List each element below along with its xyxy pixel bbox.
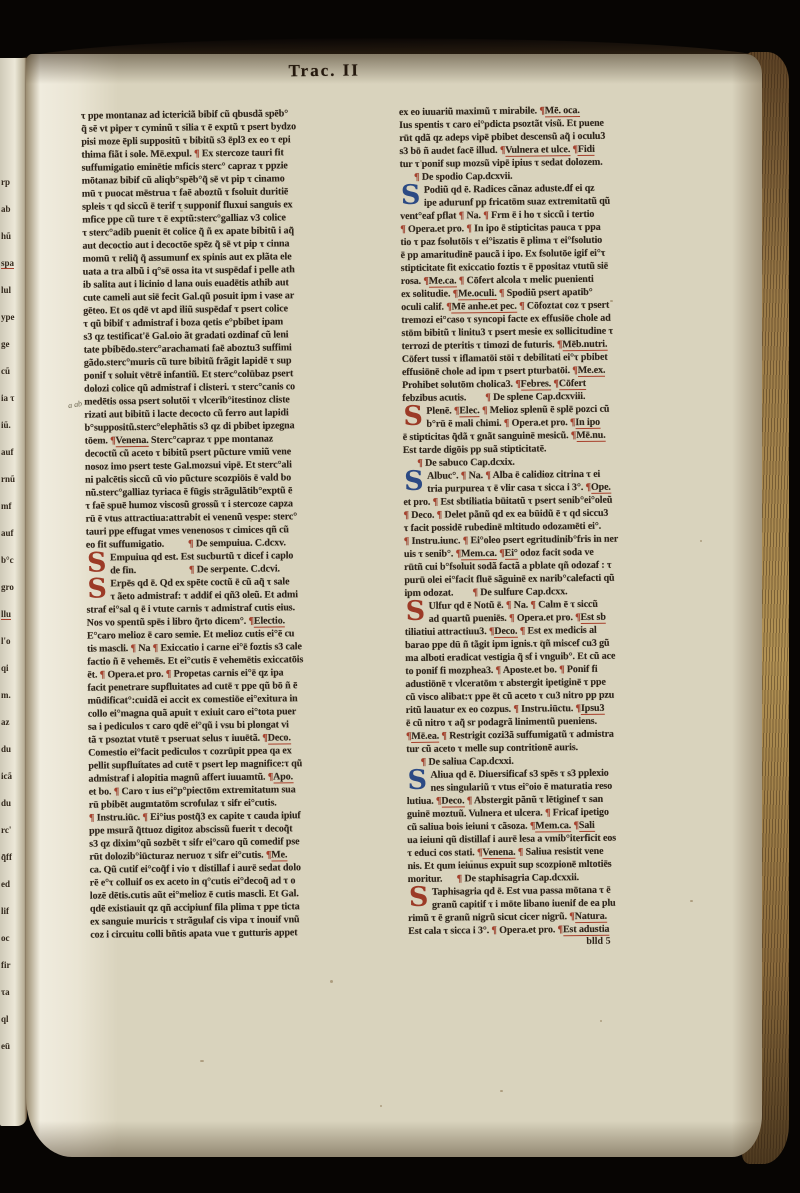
book-photograph: rpabhũspalulypegecũia τiũ.aufrnũmfaufb°c…	[0, 0, 800, 1193]
pilcrow-mark: ¶	[262, 733, 267, 744]
margin-fragment: du	[1, 797, 11, 809]
pilcrow-mark: ¶	[89, 813, 94, 824]
red-underlined-text: Me.	[271, 849, 287, 861]
paper-speck	[690, 900, 693, 902]
pilcrow-mark: ¶	[483, 210, 488, 221]
paper-speck	[470, 860, 473, 862]
paper-speck	[180, 210, 183, 212]
red-underlined-text: Natura.	[575, 911, 607, 923]
margin-fragment: l'o	[1, 635, 11, 647]
pilcrow-mark: ¶	[114, 786, 119, 797]
margin-fragment: ype	[1, 311, 15, 323]
red-underlined-text: Sali	[579, 820, 595, 832]
pilcrow-mark: ¶	[194, 148, 199, 159]
red-underlined-text: Deco.	[441, 795, 464, 807]
red-underlined-text: Mē.nu.	[576, 430, 606, 442]
margin-fragment: fir	[1, 959, 11, 971]
running-header: Trac. II	[288, 60, 360, 81]
red-underlined-text: Electio.	[254, 615, 285, 627]
red-underlined-text: Ei°	[505, 548, 518, 560]
pilcrow-mark: ¶	[459, 275, 464, 286]
pilcrow-mark: ¶	[504, 418, 509, 429]
red-underlined-text: Mē anhe.et pec.	[452, 301, 517, 314]
margin-fragment: oc	[1, 932, 10, 944]
pilcrow-mark: ¶	[437, 510, 442, 521]
paper-speck	[700, 540, 702, 542]
pilcrow-mark: ¶	[506, 600, 511, 611]
pilcrow-mark: ¶	[586, 482, 591, 493]
pilcrow-mark: ¶	[519, 301, 524, 312]
book-page: a ab Trac. II τ ppe montanaz ad icterici…	[26, 54, 762, 1157]
text-column-right: ex eo iuuariũ maximũ τ mirabile. ¶Mē. oc…	[399, 102, 728, 938]
pilcrow-mark: ¶	[467, 795, 472, 806]
red-underlined-text: Febres.	[521, 378, 552, 390]
red-underlined-text: Me.ca.	[429, 275, 457, 287]
text-line: Est cala τ sicca i 3°. ¶ Opera.et pro. ¶…	[408, 921, 728, 938]
paper-speck	[600, 1020, 602, 1022]
pilcrow-mark: ¶	[491, 925, 496, 936]
red-underlined-text: Cōfert	[559, 378, 586, 390]
pilcrow-mark: ¶	[513, 704, 518, 715]
red-underlined-text: Mem.ca.	[461, 548, 497, 560]
pilcrow-mark: ¶	[466, 223, 471, 234]
margin-fragment: τa	[1, 986, 10, 998]
pilcrow-mark: ¶	[142, 812, 147, 823]
margin-fragment: llu	[1, 608, 11, 620]
text-line: coz i circuitu colli bñtis apata vue τ g…	[90, 925, 410, 942]
quire-signature-mark: blld 5	[586, 936, 610, 947]
pilcrow-mark: ¶	[463, 535, 468, 546]
paper-speck	[500, 1090, 503, 1092]
pilcrow-mark: ¶	[459, 210, 464, 221]
pilcrow-mark: ¶	[530, 600, 535, 611]
pilcrow-mark: ¶	[569, 911, 574, 922]
red-underlined-text: Me.oculi.	[458, 288, 497, 300]
pilcrow-mark: ¶	[515, 379, 520, 390]
paper-speck	[420, 160, 422, 162]
pilcrow-mark: ¶	[509, 613, 514, 624]
pilcrow-mark: ¶	[166, 669, 171, 680]
margin-fragment: q̃ff	[1, 851, 12, 863]
margin-fragment: lif	[1, 905, 9, 917]
pilcrow-mark: ¶	[545, 807, 550, 818]
margin-fragment: auf	[1, 446, 14, 458]
pilcrow-mark: ¶	[400, 224, 405, 235]
red-underlined-text: Mē.ea.	[411, 731, 439, 743]
paper-speck	[540, 640, 543, 643]
pilcrow-mark: ¶	[436, 796, 441, 807]
margin-fragment: du	[1, 743, 11, 755]
red-underlined-text: Deco.	[268, 732, 291, 744]
pilcrow-mark: ¶	[485, 392, 490, 403]
margin-fragment: m.	[1, 689, 11, 701]
red-underlined-text: Ipsu3	[581, 703, 605, 715]
margin-fragment: ql	[1, 1013, 9, 1025]
pilcrow-mark: ¶	[485, 470, 490, 481]
margin-fragment: spa	[1, 257, 14, 269]
pilcrow-mark: ¶	[457, 873, 462, 884]
red-underlined-text: Est adustia	[563, 924, 610, 937]
red-underlined-text: Elec.	[459, 405, 479, 417]
pilcrow-mark: ¶	[433, 497, 438, 508]
red-underlined-text: Mē. oca.	[545, 105, 580, 117]
red-underlined-text: Ope.	[591, 482, 611, 494]
margin-fragment: ge	[1, 338, 10, 350]
margin-fragment: qi	[1, 662, 9, 674]
pilcrow-mark: ¶	[189, 564, 194, 575]
red-underlined-text: llu	[1, 609, 11, 620]
text-column-left: τ ppe montanaz ad ictericiã bibif cũ qbu…	[81, 106, 410, 942]
pilcrow-mark: ¶	[499, 288, 504, 299]
pilcrow-mark: ¶	[404, 510, 409, 521]
pilcrow-mark: ¶	[557, 339, 562, 350]
margin-fragment: cũ	[1, 365, 10, 377]
red-underlined-text: Apo.	[273, 771, 293, 783]
pilcrow-mark: ¶	[441, 731, 446, 742]
margin-fragment: ia τ	[1, 392, 14, 404]
red-underlined-text: spa	[1, 258, 14, 269]
pilcrow-mark: ¶	[482, 405, 487, 416]
pilcrow-mark: ¶	[404, 536, 409, 547]
pilcrow-mark: ¶	[268, 772, 273, 783]
margin-fragment: rc'	[1, 824, 11, 836]
margin-fragment: auf	[1, 527, 14, 539]
printed-text-block: Trac. II τ ppe montanaz ad ictericiã bib…	[20, 50, 768, 1161]
pilcrow-mark: ¶	[188, 538, 193, 549]
paper-speck	[610, 300, 613, 302]
margin-fragment: lul	[1, 284, 11, 296]
red-underlined-text: Deco.	[494, 626, 517, 638]
margin-fragment: ab	[1, 203, 11, 215]
red-underlined-text: Venena.	[482, 847, 515, 859]
margin-fragment: gro	[1, 581, 14, 593]
red-underlined-text: Fidi	[578, 144, 595, 156]
paper-speck	[250, 520, 252, 522]
red-underlined-text: Mem.ca.	[535, 820, 571, 832]
margin-fragment: ed	[1, 878, 10, 890]
pilcrow-mark: ¶	[472, 587, 477, 598]
pilcrow-mark: ¶	[461, 470, 466, 481]
margin-fragment: icã	[1, 770, 12, 782]
pilcrow-mark: ¶	[153, 643, 158, 654]
paper-speck	[380, 1105, 382, 1107]
red-underlined-text: Est sb	[580, 612, 605, 624]
margin-fragment: mf	[1, 500, 12, 512]
pilcrow-mark: ¶	[100, 669, 105, 680]
margin-fragment: eū	[1, 1040, 10, 1052]
margin-fragment: hũ	[1, 230, 11, 242]
margin-fragment: rp	[1, 176, 10, 188]
pilcrow-mark: ¶	[518, 847, 523, 858]
pilcrow-mark: ¶	[571, 430, 576, 441]
pilcrow-mark: ¶	[559, 664, 564, 675]
pilcrow-mark: ¶	[558, 924, 563, 935]
margin-fragment: iũ.	[1, 419, 11, 431]
paper-speck	[140, 760, 142, 762]
margin-fragment: az	[1, 716, 10, 728]
red-underlined-text: Vulnera et ulce.	[505, 144, 570, 157]
pilcrow-mark: ¶	[499, 548, 504, 559]
pilcrow-mark: ¶	[496, 665, 501, 676]
pilcrow-mark: ¶	[520, 626, 525, 637]
pilcrow-mark: ¶	[131, 643, 136, 654]
red-underlined-text: Me.ex.	[578, 365, 606, 377]
red-underlined-text: In ipo	[575, 417, 600, 429]
paper-speck	[330, 980, 333, 983]
margin-fragment: b°c	[1, 554, 14, 566]
paper-speck	[200, 1060, 204, 1062]
red-underlined-text: Venena.	[115, 435, 148, 447]
margin-fragment: rnũ	[1, 473, 15, 485]
red-underlined-text: Mēb.nutri.	[562, 339, 607, 352]
